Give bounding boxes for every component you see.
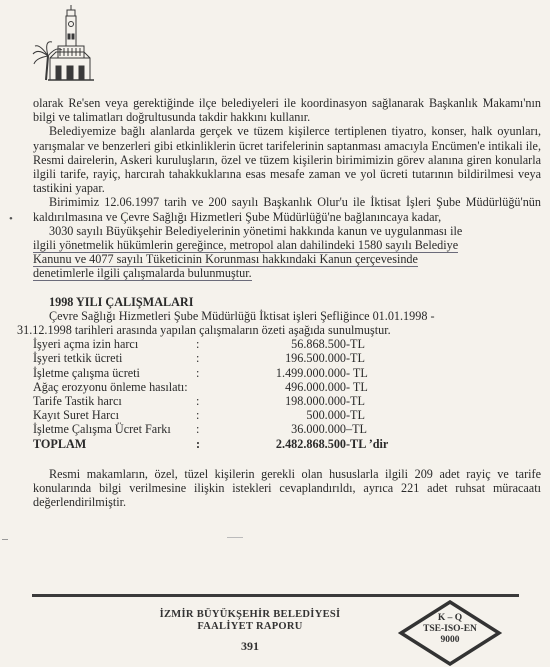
fee-label: Tarife Tastik harcı [33, 394, 196, 408]
law-line-4: denetimlerle ilgili çalışmalarda bulunmu… [33, 266, 252, 281]
page-number: 391 [150, 639, 350, 654]
fee-unit: - TL [346, 380, 388, 394]
fee-amount: 196.500.000 [226, 351, 346, 365]
footer-org-name: İZMİR BÜYÜKŞEHİR BELEDİYESİ [150, 609, 350, 621]
fee-label: İşletme Çalışma Ücret Farkı [33, 422, 196, 436]
total-amount: 2.482.868.500 [226, 437, 346, 451]
section-title: 1998 YILI ÇALIŞMALARI [33, 295, 541, 309]
fee-label: İşyeri açma izin harcı [33, 337, 196, 351]
fee-colon: : [196, 337, 226, 351]
fee-row: İşletme çalışma ücreti:1.499.000.000- TL [33, 366, 388, 380]
margin-mark: • [9, 213, 13, 225]
diamond-certification-badge-icon: K – Q TSE-ISO-EN 9000 [398, 600, 502, 666]
fee-unit: - TL [346, 366, 388, 380]
fee-label: Kayıt Suret Harcı [33, 408, 196, 422]
paragraph-tariffs: Belediyemize bağlı alanlarda gerçek ve t… [33, 124, 541, 195]
paragraph-closing: Resmi makamların, özel, tüzel kişilerin … [33, 467, 541, 510]
law-line-1: 3030 sayılı Büyükşehir Belediyelerinin y… [49, 224, 462, 238]
fee-amount: 1.499.000.000 [226, 366, 346, 380]
law-line-3: Kanunu ve 4077 sayılı Tüketicinin Korunm… [33, 252, 418, 267]
total-colon: : [196, 437, 226, 451]
clock-tower-icon [32, 4, 104, 84]
intro-line-2: 31.12.1998 tarihleri arasında yapılan ça… [17, 323, 391, 337]
badge-line-3: 9000 [398, 635, 502, 646]
fee-colon: : [196, 366, 226, 380]
total-label: TOPLAM [33, 437, 196, 451]
section-intro: Çevre Sağlığı Hizmetleri Şube Müdürlüğü … [33, 309, 541, 337]
footer-organization: İZMİR BÜYÜKŞEHİR BELEDİYESİ FAALİYET RAP… [150, 609, 350, 633]
law-line-2: ilgili yönetmelik hükümlerin gereğince, … [33, 238, 458, 253]
fee-amount: 198.000.000 [226, 394, 346, 408]
intro-line-1: Çevre Sağlığı Hizmetleri Şube Müdürlüğü … [49, 309, 435, 323]
fee-colon [196, 380, 226, 394]
paragraph-history: Birimimiz 12.06.1997 tarih ve 200 sayılı… [33, 195, 541, 223]
scan-artifact [227, 537, 243, 538]
fee-amount: 496.000.000 [226, 380, 346, 394]
fee-colon: : [196, 351, 226, 365]
badge-text: K – Q TSE-ISO-EN 9000 [398, 613, 502, 646]
fees-table: İşyeri açma izin harcı:56.868.500-TLİşye… [33, 337, 388, 451]
fee-unit: -TL [346, 337, 388, 351]
fee-amount: 56.868.500 [226, 337, 346, 351]
scan-artifact [2, 539, 8, 540]
footer-report-name: FAALİYET RAPORU [150, 621, 350, 633]
fee-row: İşletme Çalışma Ücret Farkı:36.000.000–T… [33, 422, 388, 436]
fee-row: Ağaç erozyonu önleme hasılatı:496.000.00… [33, 380, 388, 394]
fee-row: Kayıt Suret Harcı:500.000-TL [33, 408, 388, 422]
total-row: TOPLAM : 2.482.868.500 -TL ’dir [33, 437, 388, 451]
footer-divider [32, 594, 519, 597]
fee-unit: –TL [346, 422, 388, 436]
fee-row: İşyeri tetkik ücreti:196.500.000-TL [33, 351, 388, 365]
fee-colon: : [196, 408, 226, 422]
fee-colon: : [196, 394, 226, 408]
badge-line-2: TSE-ISO-EN [398, 624, 502, 635]
fee-unit: -TL [346, 408, 388, 422]
badge-line-1: K – Q [398, 613, 502, 624]
fee-amount: 36.000.000 [226, 422, 346, 436]
fee-row: İşyeri açma izin harcı:56.868.500-TL [33, 337, 388, 351]
fee-label: Ağaç erozyonu önleme hasılatı: [33, 380, 196, 394]
fee-label: İşyeri tetkik ücreti [33, 351, 196, 365]
fee-colon: : [196, 422, 226, 436]
fee-row: Tarife Tastik harcı:198.000.000-TL [33, 394, 388, 408]
fee-amount: 500.000 [226, 408, 346, 422]
fee-unit: -TL [346, 394, 388, 408]
fee-label: İşletme çalışma ücreti [33, 366, 196, 380]
fee-unit: -TL [346, 351, 388, 365]
paragraph-law: 3030 sayılı Büyükşehir Belediyelerinin y… [33, 224, 541, 281]
paragraph-coordination: olarak Re'sen veya gerektiğinde ilçe bel… [33, 96, 541, 124]
document-body: olarak Re'sen veya gerektiğinde ilçe bel… [33, 96, 541, 509]
total-unit: -TL ’dir [346, 437, 388, 451]
